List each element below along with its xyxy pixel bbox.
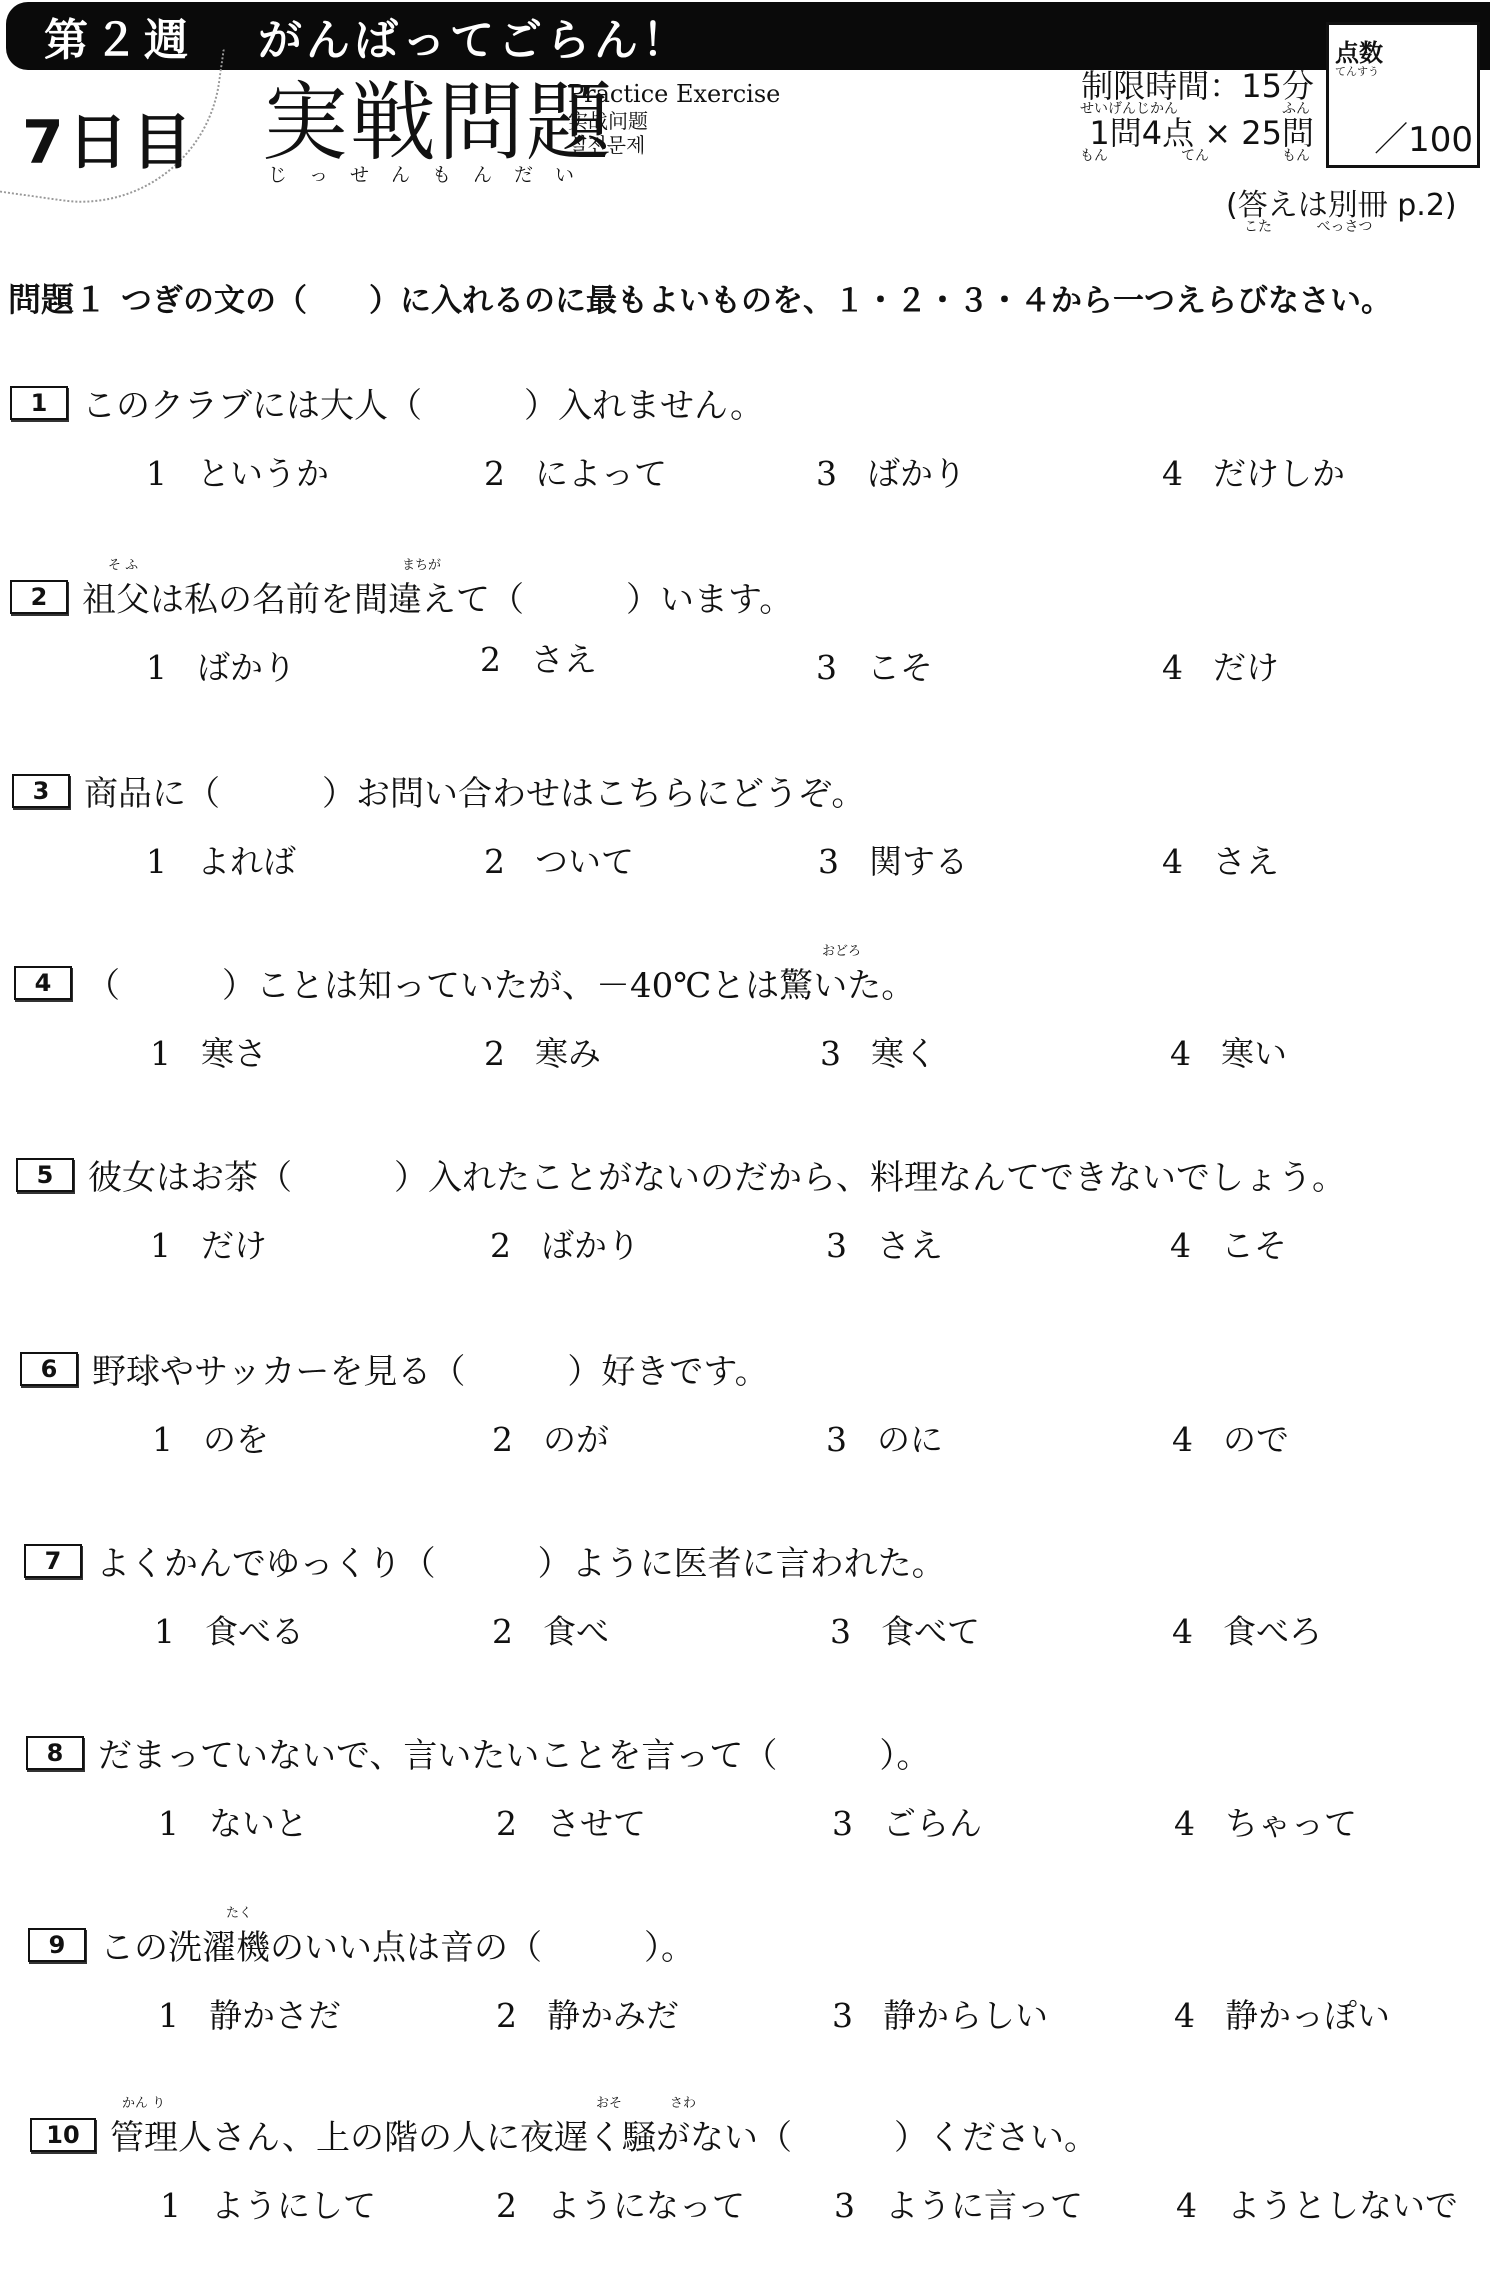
question-text: （ ）ことは知っていたが、－40℃とは驚いた。	[86, 958, 915, 1007]
option-number: 1	[146, 842, 167, 881]
option-text: 静かっぽい	[1225, 1996, 1390, 2035]
answer-options: 1ないと2させて3ごらん4ちゃって	[0, 1798, 1500, 1848]
option-number: 4	[1170, 1226, 1191, 1265]
answer-option-2[interactable]: 2によって	[484, 448, 667, 495]
answer-option-3[interactable]: 3寒く	[820, 1028, 937, 1075]
option-number: 3	[830, 1612, 851, 1651]
answer-option-3[interactable]: 3こそ	[816, 642, 933, 689]
option-number: 4	[1176, 2186, 1197, 2225]
option-text: というか	[197, 454, 329, 493]
page-title-ruby: じっせんもんだい	[268, 160, 596, 187]
option-number: 2	[492, 1420, 513, 1459]
instruction-label: 問題１	[8, 280, 107, 319]
answer-option-3[interactable]: 3のに	[826, 1414, 943, 1461]
question-text: 商品に（ ）お問い合わせはこちらにどうぞ。	[84, 766, 865, 815]
option-number: 1	[146, 454, 167, 493]
title-translation-zh: 实战问题	[568, 109, 780, 133]
option-text: こそ	[1221, 1226, 1287, 1265]
option-text: 食べろ	[1223, 1612, 1322, 1651]
answer-option-3[interactable]: 3食べて	[830, 1606, 980, 1653]
answer-option-2[interactable]: 2寒み	[484, 1028, 601, 1075]
option-number: 4	[1162, 842, 1183, 881]
option-number: 4	[1172, 1612, 1193, 1651]
question-number-badge: 8	[26, 1736, 84, 1770]
option-text: 寒さ	[201, 1034, 267, 1073]
option-number: 3	[816, 648, 837, 687]
answer-option-1[interactable]: 1寒さ	[150, 1028, 267, 1075]
answer-option-4[interactable]: 4だけしか	[1162, 448, 1345, 495]
question-number-badge: 3	[12, 774, 70, 808]
option-text: さえ	[1213, 842, 1279, 881]
question-number-badge: 10	[30, 2118, 96, 2152]
option-text: よれば	[197, 842, 296, 881]
answer-options: 1のを2のが3のに4ので	[0, 1414, 1500, 1464]
option-text: こそ	[867, 648, 933, 687]
option-text: ようとしないで	[1227, 2186, 1458, 2225]
furigana: さわ	[670, 2092, 696, 2111]
score-box[interactable]: 点数 てんすう ／100	[1326, 22, 1480, 168]
answer-option-1[interactable]: 1というか	[146, 448, 329, 495]
question-text: この洗濯機のいい点は音の（ ）。	[100, 1920, 695, 1969]
answer-option-4[interactable]: 4さえ	[1162, 836, 1279, 883]
furigana: そ ふ	[108, 554, 138, 573]
question-stem: 7よくかんでゆっくり（ ）ように医者に言われた。	[24, 1536, 946, 1585]
question-stem: 4（ ）ことは知っていたが、－40℃とは驚いた。	[14, 958, 915, 1007]
option-text: 静かさだ	[209, 1996, 341, 2035]
answer-option-3[interactable]: 3関する	[818, 836, 968, 883]
option-text: 静からしい	[883, 1996, 1048, 2035]
question-number-badge: 6	[20, 1352, 78, 1386]
option-text: ばかり	[867, 454, 966, 493]
question-stem: 2祖父は私の名前を間違えて（ ）います。	[10, 572, 793, 621]
day-label: 7日目	[22, 95, 196, 181]
option-text: 食べ	[543, 1612, 609, 1651]
answer-option-2[interactable]: 2静かみだ	[496, 1990, 679, 2037]
title-translation-ko: 실전문제	[568, 133, 780, 157]
answer-option-3[interactable]: 3ばかり	[816, 448, 966, 495]
furigana: たく	[226, 1902, 252, 1921]
answer-option-4[interactable]: 4だけ	[1162, 642, 1279, 689]
option-text: だけ	[1213, 648, 1279, 687]
option-text: のを	[203, 1420, 269, 1459]
answer-options: 1というか2によって3ばかり4だけしか	[0, 448, 1500, 498]
option-text: ごらん	[883, 1804, 982, 1843]
option-text: 食べる	[205, 1612, 304, 1651]
option-text: のに	[877, 1420, 943, 1459]
answer-option-4[interactable]: 4静かっぽい	[1174, 1990, 1390, 2037]
option-number: 2	[480, 640, 501, 679]
answer-option-2[interactable]: 2させて	[496, 1798, 646, 1845]
option-number: 3	[832, 1804, 853, 1843]
answer-option-2[interactable]: 2食べ	[492, 1606, 609, 1653]
title-translations: Practice Exercise 实战问题 실전문제	[568, 80, 780, 157]
option-number: 1	[158, 1804, 179, 1843]
option-text: ように言って	[885, 2186, 1083, 2225]
answer-options: 1ばかり2さえ3こそ4だけ	[0, 642, 1500, 692]
option-number: 4	[1170, 1034, 1191, 1073]
question-number-badge: 4	[14, 966, 72, 1000]
answer-option-4[interactable]: 4こそ	[1170, 1220, 1287, 1267]
answer-options: 1だけ2ばかり3さえ4こそ	[0, 1220, 1500, 1270]
furigana: おどろ	[822, 940, 861, 959]
answer-option-4[interactable]: 4食べろ	[1172, 1606, 1322, 1653]
question-text: 管理人さん、上の階の人に夜遅く騒がない（ ）ください。	[110, 2110, 1098, 2159]
option-text: さえ	[531, 640, 597, 679]
option-text: 静かみだ	[547, 1996, 679, 2035]
question-number-badge: 9	[28, 1928, 86, 1962]
question-text: 野球やサッカーを見る（ ）好きです。	[92, 1344, 769, 1393]
option-text: によって	[535, 454, 667, 493]
question-text: 彼女はお茶（ ）入れたことがないのだから、料理なんてできないでしょう。	[88, 1150, 1346, 1199]
option-number: 2	[484, 454, 505, 493]
option-number: 2	[496, 2186, 517, 2225]
answer-options: 1寒さ2寒み3寒く4寒い	[0, 1028, 1500, 1078]
question-stem: 6野球やサッカーを見る（ ）好きです。	[20, 1344, 769, 1393]
question-number-badge: 2	[10, 580, 68, 614]
furigana: おそ	[596, 2092, 622, 2111]
answer-options: 1よれば2ついて3関する4さえ	[0, 836, 1500, 886]
answer-option-2[interactable]: 2ようになって	[496, 2180, 745, 2227]
option-text: ちゃって	[1225, 1804, 1357, 1843]
answer-option-3[interactable]: 3ごらん	[832, 1798, 982, 1845]
question-number-badge: 7	[24, 1544, 82, 1578]
option-text: ようにして	[211, 2186, 376, 2225]
option-number: 2	[496, 1804, 517, 1843]
option-text: ついて	[535, 842, 634, 881]
option-text: のが	[543, 1420, 609, 1459]
option-number: 3	[834, 2186, 855, 2225]
option-text: さえ	[877, 1226, 943, 1265]
answer-option-1[interactable]: 1静かさだ	[158, 1990, 341, 2037]
ruby-text: てん	[1181, 149, 1209, 164]
option-text: ばかり	[197, 648, 296, 687]
answer-option-1[interactable]: 1ようにして	[160, 2180, 376, 2227]
instruction: 問題１つぎの文の（ ）に入れるのに最もよいものを、１・２・３・４から一つえらびな…	[8, 274, 1392, 321]
answer-options: 1食べる2食べ3食べて4食べろ	[0, 1606, 1500, 1656]
ruby-text: もん	[1282, 149, 1310, 164]
option-text: だけ	[201, 1226, 267, 1265]
answer-option-4[interactable]: 4ちゃって	[1174, 1798, 1357, 1845]
question-stem: 5彼女はお茶（ ）入れたことがないのだから、料理なんてできないでしょう。	[16, 1150, 1346, 1199]
answer-option-4[interactable]: 4寒い	[1170, 1028, 1287, 1075]
option-number: 1	[158, 1996, 179, 2035]
option-number: 3	[826, 1226, 847, 1265]
answer-option-2[interactable]: 2ばかり	[490, 1220, 640, 1267]
option-text: だけしか	[1213, 454, 1345, 493]
option-number: 3	[818, 842, 839, 881]
answer-option-1[interactable]: 1ないと	[158, 1798, 308, 1845]
answer-options: 1静かさだ2静かみだ3静からしい4静かっぽい	[0, 1990, 1500, 2040]
question-number-badge: 1	[10, 386, 68, 420]
option-number: 1	[146, 648, 167, 687]
option-number: 3	[826, 1420, 847, 1459]
option-number: 2	[484, 842, 505, 881]
option-number: 1	[150, 1034, 171, 1073]
furigana: まちが	[402, 554, 441, 573]
week-banner: 第２週 がんばってごらん！	[6, 2, 1490, 70]
question-text: 祖父は私の名前を間違えて（ ）います。	[82, 572, 793, 621]
option-number: 4	[1162, 648, 1183, 687]
answer-options: 1ようにして2ようになって3ように言って4ようとしないで	[0, 2180, 1500, 2230]
question-stem: 10管理人さん、上の階の人に夜遅く騒がない（ ）ください。	[30, 2110, 1098, 2159]
ruby-text: もん	[1080, 149, 1108, 164]
option-number: 3	[832, 1996, 853, 2035]
answer-option-4[interactable]: 4ので	[1172, 1414, 1289, 1461]
answer-option-2[interactable]: 2さえ	[480, 634, 597, 681]
option-text: 関する	[869, 842, 968, 881]
option-text: 寒く	[871, 1034, 937, 1073]
option-text: 食べて	[881, 1612, 980, 1651]
time-limit: 制限時間：15分	[1070, 70, 1314, 102]
question-stem: 1このクラブには大人（ ）入れません。	[10, 378, 764, 427]
score-label-ruby: てんすう	[1335, 63, 1379, 79]
option-number: 1	[160, 2186, 181, 2225]
page-title: 実戦問題	[262, 80, 614, 166]
furigana: かん り	[122, 2092, 165, 2111]
option-number: 4	[1174, 1996, 1195, 2035]
option-number: 4	[1174, 1804, 1195, 1843]
score-max: ／100	[1374, 112, 1473, 161]
option-text: 寒い	[1221, 1034, 1287, 1073]
option-number: 4	[1162, 454, 1183, 493]
instruction-text: つぎの文の（ ）に入れるのに最もよいものを、１・２・３・４から一つえらびなさい。	[121, 283, 1392, 319]
scoring-rule: 1問4点 × 25問	[1070, 117, 1314, 149]
answer-option-1[interactable]: 1ばかり	[146, 642, 296, 689]
answer-option-4[interactable]: 4ようとしないで	[1176, 2180, 1458, 2227]
answer-option-2[interactable]: 2ついて	[484, 836, 634, 883]
option-number: 1	[152, 1420, 173, 1459]
question-stem: 3商品に（ ）お問い合わせはこちらにどうぞ。	[12, 766, 865, 815]
question-stem: 9この洗濯機のいい点は音の（ ）。	[28, 1920, 695, 1969]
question-text: よくかんでゆっくり（ ）ように医者に言われた。	[96, 1536, 946, 1585]
question-number-badge: 5	[16, 1158, 74, 1192]
option-number: 3	[820, 1034, 841, 1073]
cheer-text: がんばってごらん！	[258, 4, 690, 68]
answer-option-1[interactable]: 1だけ	[150, 1220, 267, 1267]
option-number: 2	[492, 1612, 513, 1651]
question-stem: 8だまっていないで、言いたいことを言って（ ）。	[26, 1728, 930, 1777]
option-number: 2	[484, 1034, 505, 1073]
option-text: ようになって	[547, 2186, 745, 2225]
answer-option-1[interactable]: 1食べる	[154, 1606, 304, 1653]
answer-option-3[interactable]: 3ように言って	[834, 2180, 1083, 2227]
option-text: ので	[1223, 1420, 1289, 1459]
answer-reference-ruby: こた べっさつ	[1244, 216, 1372, 236]
option-number: 3	[816, 454, 837, 493]
option-text: ばかり	[541, 1226, 640, 1265]
question-text: だまっていないで、言いたいことを言って（ ）。	[98, 1728, 930, 1777]
answer-option-1[interactable]: 1のを	[152, 1414, 269, 1461]
option-text: 寒み	[535, 1034, 601, 1073]
option-text: ないと	[209, 1804, 308, 1843]
option-text: させて	[547, 1804, 646, 1843]
exam-meta: 制限時間：15分 せいげんじかん ふん 1問4点 × 25問 もん てん もん	[1070, 70, 1314, 165]
option-number: 1	[154, 1612, 175, 1651]
answer-option-3[interactable]: 3さえ	[826, 1220, 943, 1267]
option-number: 2	[496, 1996, 517, 2035]
option-number: 2	[490, 1226, 511, 1265]
option-number: 1	[150, 1226, 171, 1265]
question-text: このクラブには大人（ ）入れません。	[82, 378, 764, 427]
answer-option-2[interactable]: 2のが	[492, 1414, 609, 1461]
option-number: 4	[1172, 1420, 1193, 1459]
title-translation-en: Practice Exercise	[568, 80, 780, 109]
answer-option-3[interactable]: 3静からしい	[832, 1990, 1048, 2037]
answer-option-1[interactable]: 1よれば	[146, 836, 296, 883]
